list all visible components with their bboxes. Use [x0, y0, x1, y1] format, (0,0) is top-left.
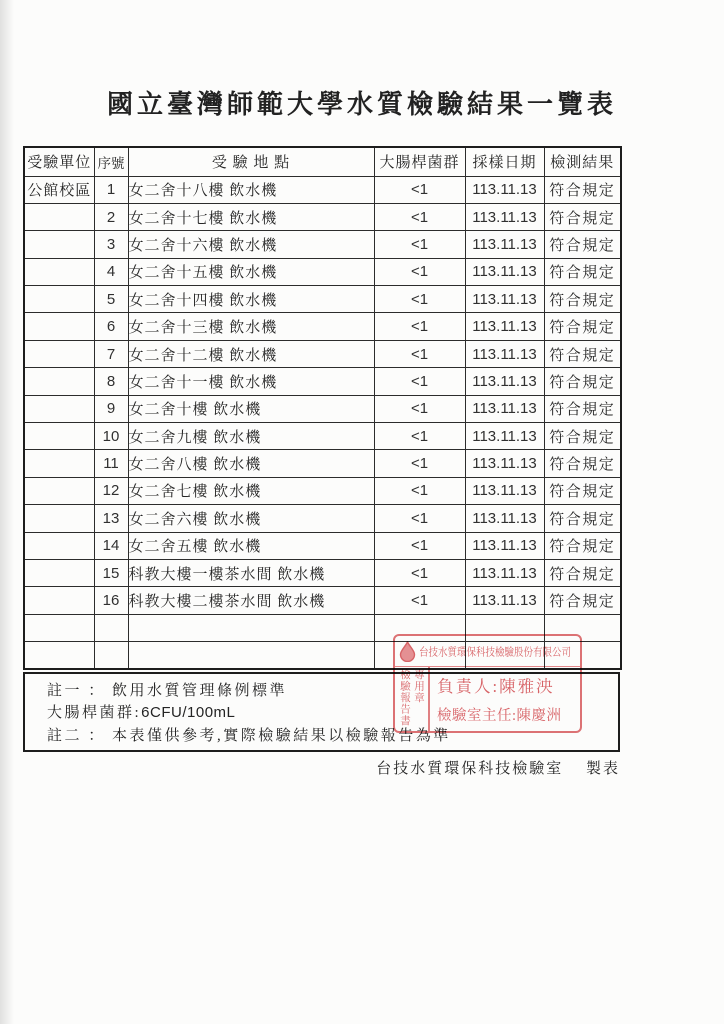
coliform-cell: <1 — [374, 340, 465, 367]
result-cell: 符合規定 — [544, 258, 621, 285]
result-cell: 符合規定 — [544, 559, 621, 586]
location-cell: 女二舍十三樓 飲水機 — [128, 313, 374, 340]
date-cell: 113.11.13 — [465, 176, 544, 203]
result-cell: 符合規定 — [544, 176, 621, 203]
date-cell: 113.11.13 — [465, 340, 544, 367]
col-header-serial: 序號 — [94, 147, 128, 176]
table-row: 3女二舍十六樓 飲水機<1113.11.13符合規定 — [24, 231, 621, 258]
location-cell: 女二舍八樓 飲水機 — [128, 450, 374, 477]
col-header-sample-date: 採樣日期 — [465, 147, 544, 176]
date-cell: 113.11.13 — [465, 286, 544, 313]
stamp-signatures: 負責人:陳雅泱 檢驗室主任:陳慶洲 — [430, 667, 580, 731]
director-name: 陳慶洲 — [517, 708, 562, 724]
date-cell: 113.11.13 — [465, 559, 544, 586]
table-row: 11女二舍八樓 飲水機<1113.11.13符合規定 — [24, 450, 621, 477]
table-row: 12女二舍七樓 飲水機<1113.11.13符合規定 — [24, 477, 621, 504]
serial-cell: 3 — [94, 231, 128, 258]
coliform-cell: <1 — [374, 505, 465, 532]
unit-cell — [24, 642, 94, 669]
location-cell: 女二舍十八樓 飲水機 — [128, 176, 374, 203]
date-cell: 113.11.13 — [465, 477, 544, 504]
location-cell: 女二舍十六樓 飲水機 — [128, 231, 374, 258]
coliform-cell: <1 — [374, 368, 465, 395]
col-header-location: 受 驗 地 點 — [128, 147, 374, 176]
serial-cell: 16 — [94, 587, 128, 614]
unit-cell — [24, 313, 94, 340]
table-row: 7女二舍十二樓 飲水機<1113.11.13符合規定 — [24, 340, 621, 367]
location-cell — [128, 642, 374, 669]
result-cell: 符合規定 — [544, 395, 621, 422]
serial-cell: 8 — [94, 368, 128, 395]
date-cell: 113.11.13 — [465, 450, 544, 477]
table-row: 公館校區1女二舍十八樓 飲水機<1113.11.13符合規定 — [24, 176, 621, 203]
location-cell: 女二舍七樓 飲水機 — [128, 477, 374, 504]
location-cell: 女二舍五樓 飲水機 — [128, 532, 374, 559]
coliform-cell: <1 — [374, 176, 465, 203]
col-header-unit: 受驗單位 — [24, 147, 94, 176]
table-header-row: 受驗單位 序號 受 驗 地 點 大腸桿菌群 採樣日期 檢測結果 — [24, 147, 621, 176]
location-cell: 女二舍九樓 飲水機 — [128, 423, 374, 450]
serial-cell: 10 — [94, 423, 128, 450]
date-cell: 113.11.13 — [465, 258, 544, 285]
serial-cell: 4 — [94, 258, 128, 285]
date-cell: 113.11.13 — [465, 368, 544, 395]
unit-cell — [24, 286, 94, 313]
date-cell: 113.11.13 — [465, 587, 544, 614]
serial-cell — [94, 614, 128, 641]
date-cell: 113.11.13 — [465, 231, 544, 258]
date-cell: 113.11.13 — [465, 313, 544, 340]
coliform-cell: <1 — [374, 258, 465, 285]
table-row: 8女二舍十一樓 飲水機<1113.11.13符合規定 — [24, 368, 621, 395]
location-cell: 女二舍十二樓 飲水機 — [128, 340, 374, 367]
manager-name: 陳雅泱 — [499, 677, 555, 696]
result-cell: 符合規定 — [544, 368, 621, 395]
coliform-cell: <1 — [374, 450, 465, 477]
stamp-seal-text: 檢驗報告書 專用章 — [395, 667, 430, 731]
result-cell: 符合規定 — [544, 587, 621, 614]
serial-cell: 1 — [94, 176, 128, 203]
result-cell: 符合規定 — [544, 286, 621, 313]
serial-cell: 7 — [94, 340, 128, 367]
director-label: 檢驗室主任: — [437, 708, 517, 724]
unit-cell — [24, 505, 94, 532]
coliform-cell: <1 — [374, 203, 465, 230]
table-row: 15科教大樓一樓茶水間 飲水機<1113.11.13符合規定 — [24, 559, 621, 586]
table-row: 5女二舍十四樓 飲水機<1113.11.13符合規定 — [24, 286, 621, 313]
col-header-result: 檢測結果 — [544, 147, 621, 176]
unit-cell: 公館校區 — [24, 176, 94, 203]
coliform-cell: <1 — [374, 559, 465, 586]
serial-cell: 14 — [94, 532, 128, 559]
date-cell: 113.11.13 — [465, 505, 544, 532]
location-cell: 女二舍六樓 飲水機 — [128, 505, 374, 532]
unit-cell — [24, 559, 94, 586]
location-cell: 女二舍十樓 飲水機 — [128, 395, 374, 422]
table-row: 14女二舍五樓 飲水機<1113.11.13符合規定 — [24, 532, 621, 559]
results-table: 受驗單位 序號 受 驗 地 點 大腸桿菌群 採樣日期 檢測結果 公館校區1女二舍… — [23, 146, 622, 670]
stamp-body: 檢驗報告書 專用章 負責人:陳雅泱 檢驗室主任:陳慶洲 — [395, 667, 580, 731]
unit-cell — [24, 450, 94, 477]
date-cell: 113.11.13 — [465, 395, 544, 422]
unit-cell — [24, 340, 94, 367]
serial-cell: 9 — [94, 395, 128, 422]
stamp-company-name: 台技水質環保科技檢驗股份有限公司 — [419, 643, 571, 659]
serial-cell: 6 — [94, 313, 128, 340]
unit-cell — [24, 423, 94, 450]
coliform-cell: <1 — [374, 532, 465, 559]
result-cell: 符合規定 — [544, 450, 621, 477]
result-cell: 符合規定 — [544, 313, 621, 340]
unit-cell — [24, 477, 94, 504]
manager-label: 負責人: — [437, 677, 499, 696]
serial-cell: 11 — [94, 450, 128, 477]
coliform-cell: <1 — [374, 286, 465, 313]
water-drop-logo-icon — [399, 641, 416, 662]
result-cell: 符合規定 — [544, 231, 621, 258]
stamp-header: 台技水質環保科技檢驗股份有限公司 — [395, 636, 580, 667]
note-2-value: 6CFU/100mL — [141, 704, 235, 721]
serial-cell: 15 — [94, 559, 128, 586]
location-cell: 女二舍十四樓 飲水機 — [128, 286, 374, 313]
date-cell: 113.11.13 — [465, 532, 544, 559]
serial-cell: 2 — [94, 203, 128, 230]
date-cell: 113.11.13 — [465, 203, 544, 230]
location-cell: 科教大樓一樓茶水間 飲水機 — [128, 559, 374, 586]
location-cell: 女二舍十一樓 飲水機 — [128, 368, 374, 395]
coliform-cell: <1 — [374, 423, 465, 450]
table-row: 4女二舍十五樓 飲水機<1113.11.13符合規定 — [24, 258, 621, 285]
unit-cell — [24, 258, 94, 285]
col-header-coliform: 大腸桿菌群 — [374, 147, 465, 176]
table-row: 6女二舍十三樓 飲水機<1113.11.13符合規定 — [24, 313, 621, 340]
serial-cell: 5 — [94, 286, 128, 313]
result-cell: 符合規定 — [544, 423, 621, 450]
location-cell: 女二舍十七樓 飲水機 — [128, 203, 374, 230]
table-row: 10女二舍九樓 飲水機<1113.11.13符合規定 — [24, 423, 621, 450]
table-row: 2女二舍十七樓 飲水機<1113.11.13符合規定 — [24, 203, 621, 230]
note-2-label: 大腸桿菌群: — [47, 705, 141, 721]
result-cell: 符合規定 — [544, 505, 621, 532]
unit-cell — [24, 231, 94, 258]
result-cell: 符合規定 — [544, 532, 621, 559]
unit-cell — [24, 395, 94, 422]
date-cell: 113.11.13 — [465, 423, 544, 450]
unit-cell — [24, 532, 94, 559]
coliform-cell: <1 — [374, 477, 465, 504]
seal-text-left: 檢驗報告書 — [399, 669, 410, 731]
coliform-cell: <1 — [374, 395, 465, 422]
stamp-manager-line: 負責人:陳雅泱 — [437, 673, 580, 697]
table-row: 13女二舍六樓 飲水機<1113.11.13符合規定 — [24, 505, 621, 532]
coliform-cell: <1 — [374, 587, 465, 614]
seal-text-right: 專用章 — [413, 669, 424, 731]
stamp-director-line: 檢驗室主任:陳慶洲 — [437, 704, 580, 725]
scan-edge-artifact — [0, 0, 14, 1024]
serial-cell: 13 — [94, 505, 128, 532]
unit-cell — [24, 614, 94, 641]
footer-credit: 台技水質環保科技檢驗室 製表 — [376, 757, 620, 778]
serial-cell — [94, 642, 128, 669]
unit-cell — [24, 587, 94, 614]
unit-cell — [24, 368, 94, 395]
table-row: 9女二舍十樓 飲水機<1113.11.13符合規定 — [24, 395, 621, 422]
serial-cell: 12 — [94, 477, 128, 504]
location-cell — [128, 614, 374, 641]
table-row: 16科教大樓二樓茶水間 飲水機<1113.11.13符合規定 — [24, 587, 621, 614]
unit-cell — [24, 203, 94, 230]
result-cell: 符合規定 — [544, 203, 621, 230]
lab-certification-stamp: 台技水質環保科技檢驗股份有限公司 檢驗報告書 專用章 負責人:陳雅泱 檢驗室主任… — [393, 634, 582, 733]
coliform-cell: <1 — [374, 313, 465, 340]
location-cell: 女二舍十五樓 飲水機 — [128, 258, 374, 285]
result-cell: 符合規定 — [544, 477, 621, 504]
coliform-cell: <1 — [374, 231, 465, 258]
location-cell: 科教大樓二樓茶水間 飲水機 — [128, 587, 374, 614]
result-cell: 符合規定 — [544, 340, 621, 367]
page-title: 國立臺灣師範大學水質檢驗結果一覽表 — [0, 84, 724, 121]
